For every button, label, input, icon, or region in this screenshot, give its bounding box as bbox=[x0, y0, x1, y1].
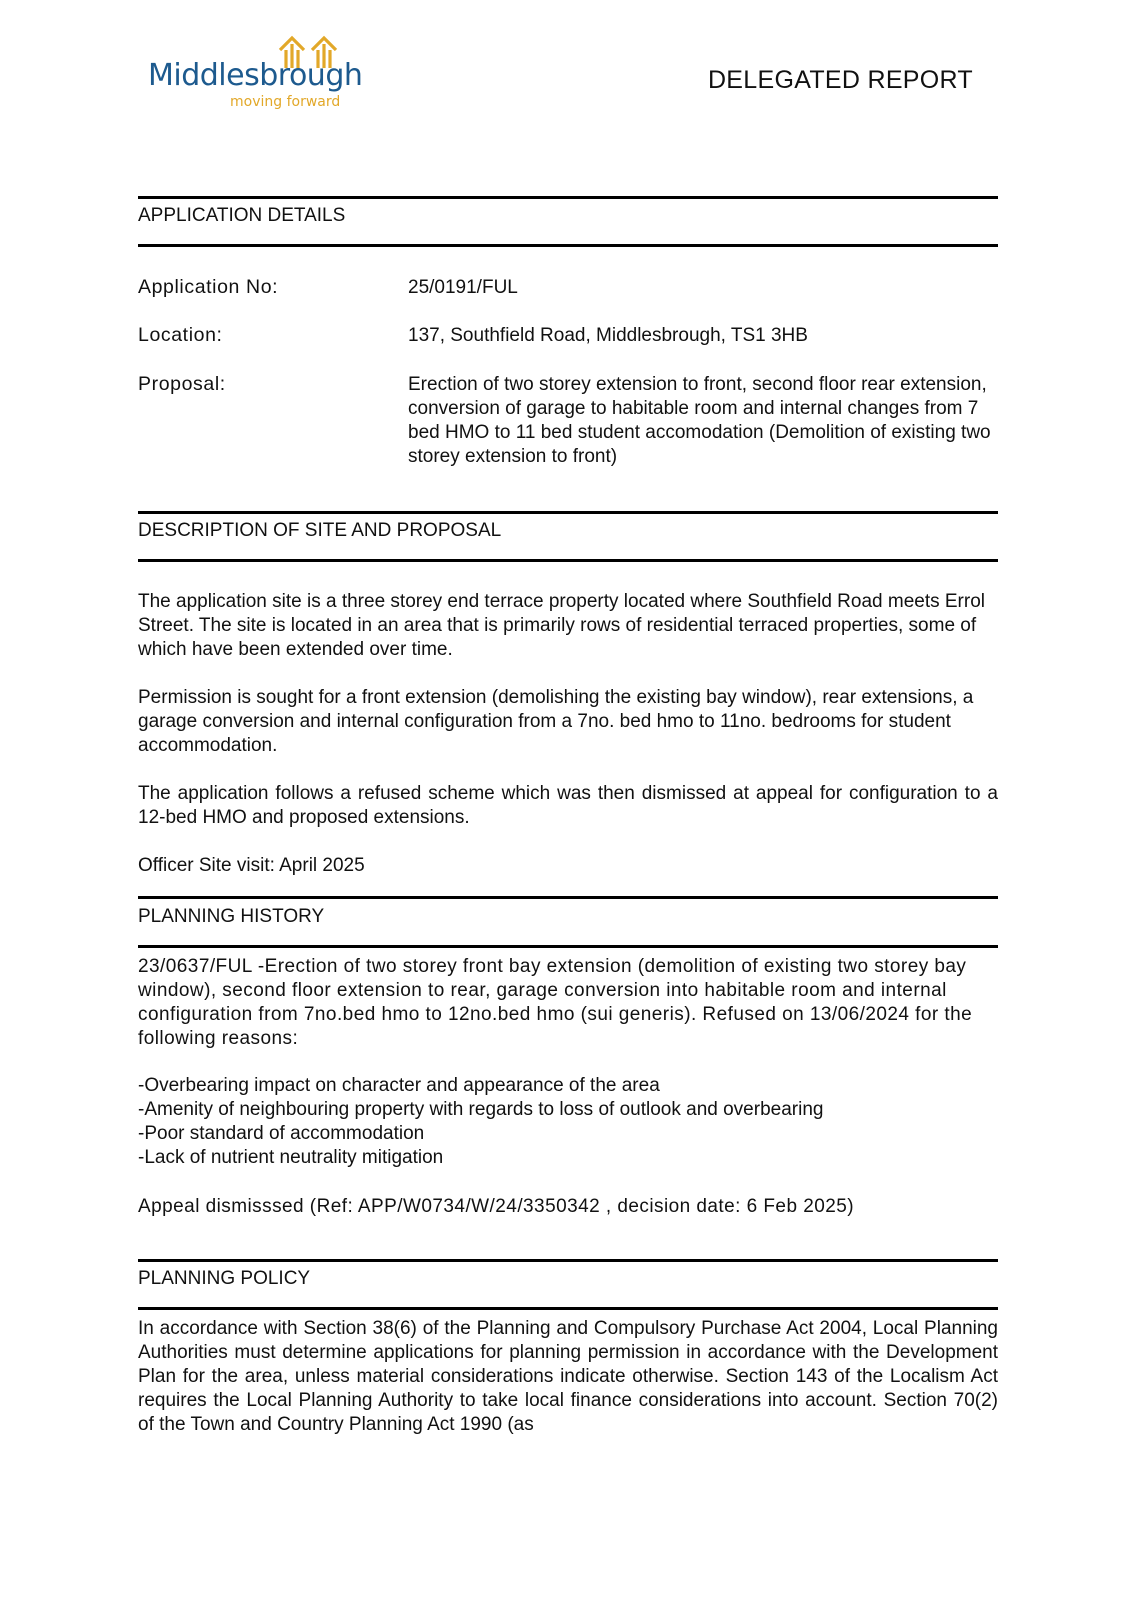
appeal-outcome: Appeal dismisssed (Ref: APP/W0734/W/24/3… bbox=[138, 1195, 998, 1219]
location-label: Location: bbox=[138, 324, 223, 347]
description-paragraph: The application site is a three storey e… bbox=[138, 590, 998, 662]
section-divider bbox=[138, 196, 998, 199]
section-divider bbox=[138, 1259, 998, 1262]
section-heading-application-details: APPLICATION DETAILS bbox=[138, 205, 345, 227]
application-no-label: Application No: bbox=[138, 276, 278, 299]
section-heading-planning-policy: PLANNING POLICY bbox=[138, 1268, 310, 1290]
description-paragraph: Permission is sought for a front extensi… bbox=[138, 686, 998, 758]
application-no-value: 25/0191/FUL bbox=[408, 276, 998, 300]
logo-wordmark: Middlesbrough bbox=[148, 58, 362, 93]
location-value: 137, Southfield Road, Middlesbrough, TS1… bbox=[408, 324, 998, 348]
description-paragraph: The application follows a refused scheme… bbox=[138, 782, 998, 830]
refusal-reasons-list: -Overbearing impact on character and app… bbox=[138, 1074, 998, 1170]
section-heading-planning-history: PLANNING HISTORY bbox=[138, 906, 324, 928]
history-entry: 23/0637/FUL -Erection of two storey fron… bbox=[138, 955, 998, 1051]
proposal-value: Erection of two storey extension to fron… bbox=[408, 373, 998, 469]
refusal-reason: -Lack of nutrient neutrality mitigation bbox=[138, 1146, 998, 1170]
logo-tagline: moving forward bbox=[230, 94, 340, 110]
section-divider bbox=[138, 244, 998, 247]
section-divider bbox=[138, 559, 998, 562]
policy-paragraph: In accordance with Section 38(6) of the … bbox=[138, 1317, 998, 1437]
section-heading-description: DESCRIPTION OF SITE AND PROPOSAL bbox=[138, 520, 501, 542]
section-divider bbox=[138, 511, 998, 514]
section-divider bbox=[138, 896, 998, 899]
council-logo: Middlesbrough moving forward bbox=[148, 34, 388, 114]
proposal-label: Proposal: bbox=[138, 373, 226, 396]
refusal-reason: -Amenity of neighbouring property with r… bbox=[138, 1098, 998, 1122]
refusal-reason: -Poor standard of accommodation bbox=[138, 1122, 998, 1146]
section-divider bbox=[138, 945, 998, 948]
refusal-reason: -Overbearing impact on character and app… bbox=[138, 1074, 998, 1098]
report-type-title: DELEGATED REPORT bbox=[708, 66, 973, 95]
section-divider bbox=[138, 1307, 998, 1310]
site-visit-note: Officer Site visit: April 2025 bbox=[138, 854, 998, 878]
